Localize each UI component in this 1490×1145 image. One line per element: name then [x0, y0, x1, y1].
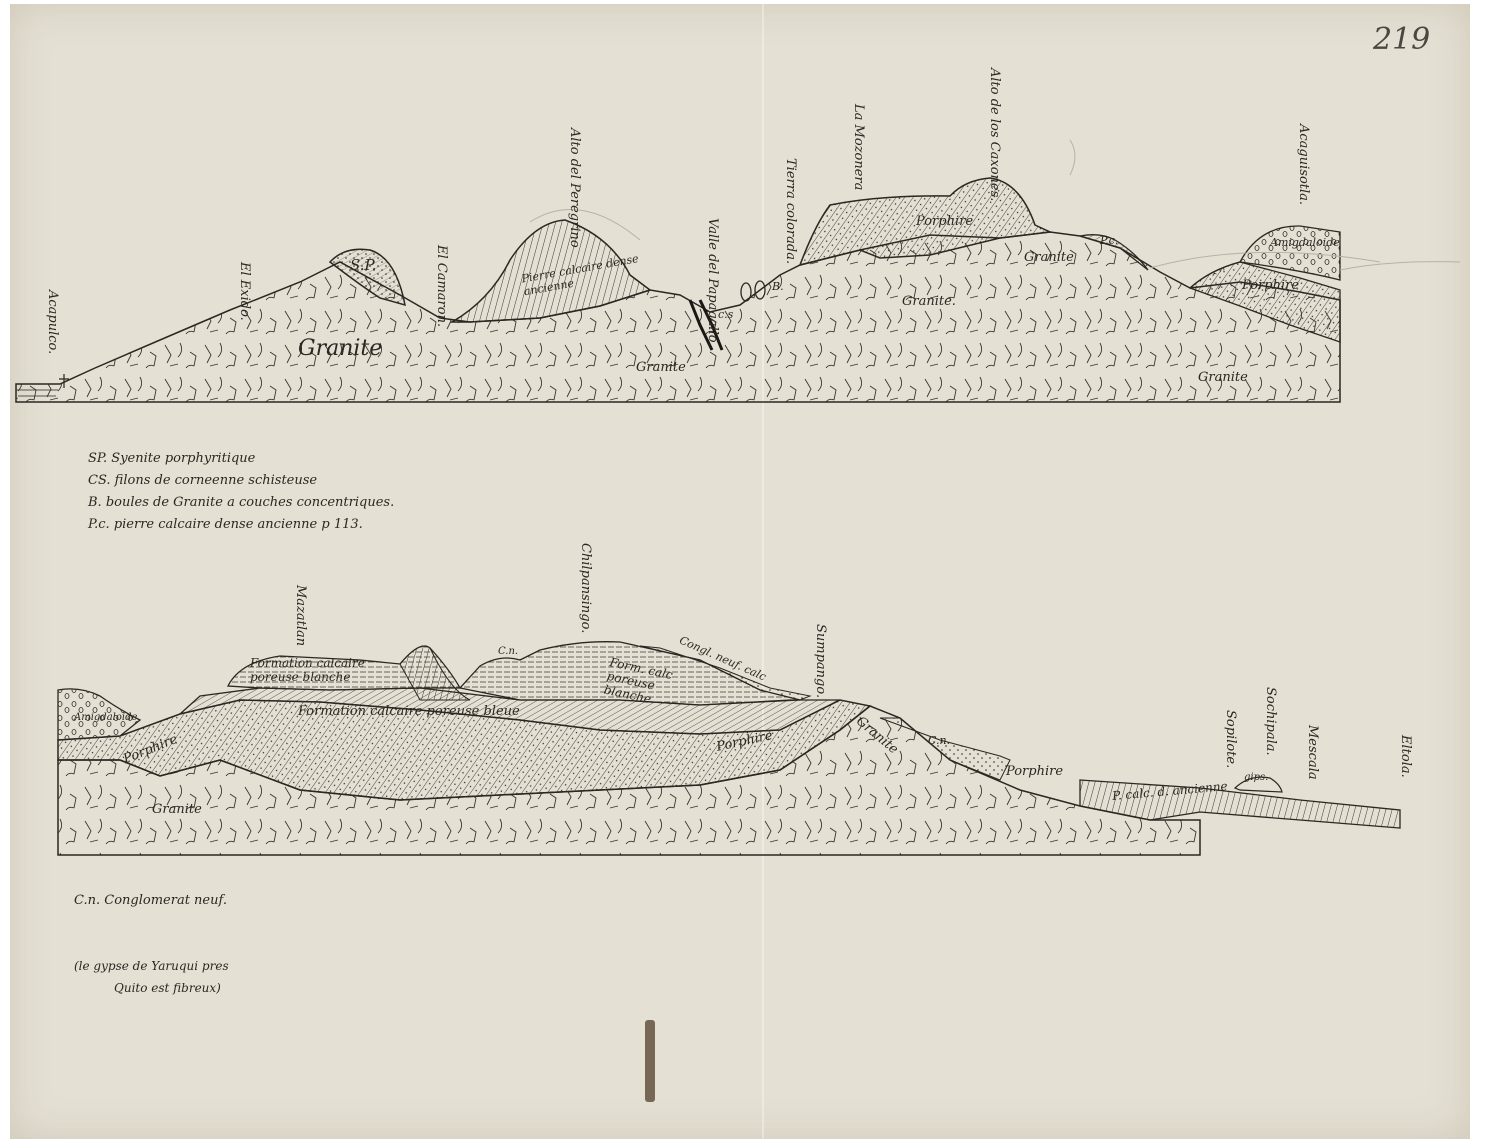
place-label-acaguisotla: Acaguisotla. — [1296, 124, 1311, 205]
formation-label-amigdaloide: Amigdaloide — [1270, 236, 1330, 249]
place-label-sochipala: Sochipala. — [1263, 687, 1278, 756]
formation-label-cn-2: C.n. — [928, 734, 950, 747]
formation-label-porphire-lower-3: Porphire — [1006, 764, 1063, 779]
place-label-sumpango: Sumpango. — [813, 624, 828, 698]
formation-label-cs: c.s — [718, 308, 733, 321]
formation-label-calcaire-blanche: Formation calcaire poreuse blanche — [250, 656, 380, 684]
place-label-la-mozonera: La Mozonera — [851, 104, 866, 190]
formation-label-gips: gips. — [1244, 772, 1268, 783]
place-label-acapulco: Acapulco. — [45, 290, 60, 354]
formation-label-calcaire-bleue: Formation calcaire poreuse bleue — [298, 704, 520, 719]
page-number: 219 — [1373, 22, 1430, 57]
legend-lower: C.n. Conglomerat neuf. — [74, 890, 227, 912]
legend-item: B. boules de Granite a couches concentri… — [88, 492, 394, 514]
place-label-mescala: Mescala — [1305, 725, 1320, 780]
legend-upper: SP. Syenite porphyritique CS. filons de … — [88, 448, 394, 536]
ink-stain — [645, 1020, 655, 1102]
place-label-el-camaron: El Camaron. — [434, 245, 449, 327]
legend-item: C.n. Conglomerat neuf. — [74, 890, 227, 912]
place-label-chilpansingo: Chilpansingo. — [578, 543, 593, 633]
formation-label-b: B. — [772, 280, 784, 293]
formation-label-granite-2: Granite — [1024, 250, 1074, 265]
place-label-el-exido: El Exido. — [237, 262, 252, 321]
formation-label-granite: Granite — [298, 336, 382, 361]
formation-label-porphire-2: Porphire — [1242, 278, 1299, 293]
place-label-mazatlan: Mazatlan — [293, 585, 308, 646]
formation-label-sp: S.P. — [350, 256, 376, 274]
legend-item: P.c. pierre calcaire dense ancienne p 11… — [88, 514, 394, 536]
place-label-eltola: Eltola. — [1398, 735, 1413, 778]
formation-label-cn: C.n. — [498, 646, 518, 657]
place-label-alto-del-peregrino: Alto del Peregrino — [567, 128, 582, 248]
formation-label-granite-4: Granite — [636, 360, 686, 375]
formation-label-porphire: Porphire — [916, 214, 973, 229]
upper-section — [16, 140, 1460, 402]
formation-label-granite-5: Granite — [1198, 370, 1248, 385]
footnote: (le gypse de Yaruqui pres Quito est fibr… — [74, 955, 229, 999]
legend-item: CS. filons de corneenne schisteuse — [88, 470, 394, 492]
legend-item: SP. Syenite porphyritique — [88, 448, 394, 470]
formation-label-pc: P.c. — [1100, 234, 1118, 247]
formation-label-granite-3: Granite. — [902, 294, 956, 309]
formation-label-amigdaloide-lower: Amigdaloide — [74, 712, 124, 723]
formation-label-granite-lower-2: Granite — [152, 802, 202, 817]
place-label-sopilote: Sopilote. — [1223, 710, 1238, 768]
place-label-valle-del-papagallo: Valle del Papagallo. — [705, 218, 720, 347]
place-label-tierra-colorada: Tierra colorada. — [783, 158, 798, 264]
place-label-alto-de-los-caxones: Alto de los Caxones. — [987, 68, 1002, 201]
